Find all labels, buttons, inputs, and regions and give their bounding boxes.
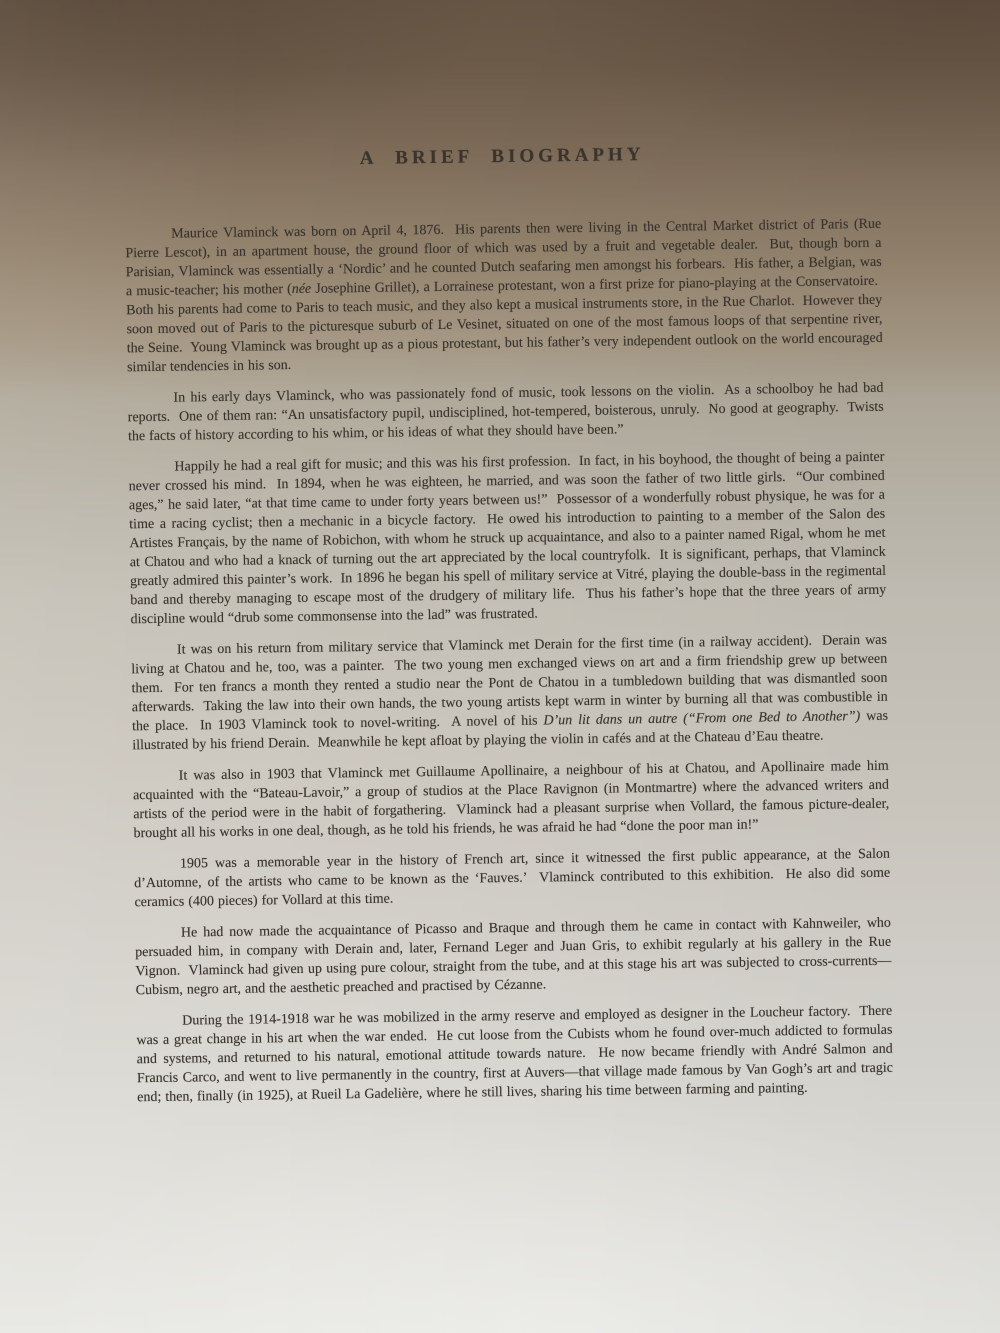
paragraph: It was on his return from military servi… xyxy=(131,631,889,756)
page-title: A BRIEF BIOGRAPHY xyxy=(124,141,880,174)
italic-run: née xyxy=(292,282,312,297)
paragraph: During the 1914-1918 war he was mobilize… xyxy=(136,1002,893,1108)
page-text-block: A BRIEF BIOGRAPHY Maurice Vlaminck was b… xyxy=(124,141,893,1107)
text-run: It was also in 1903 that Vlaminck met Gu… xyxy=(133,759,889,842)
text-run: In his early days Vlaminck, who was pass… xyxy=(128,381,884,445)
paragraph: It was also in 1903 that Vlaminck met Gu… xyxy=(133,757,890,844)
paragraph: He had now made the acquaintance of Pica… xyxy=(135,914,892,1001)
text-run: During the 1914-1918 war he was mobilize… xyxy=(136,1004,893,1106)
text-run: He had now made the acquaintance of Pica… xyxy=(135,916,891,999)
paragraph: Happily he had a real gift for music; an… xyxy=(128,448,886,630)
italic-run: D’un lit dans un autre (“From one Bed to… xyxy=(543,709,860,728)
paragraph: 1905 was a memorable year in the history… xyxy=(134,845,891,913)
paragraph: Maurice Vlaminck was born on April 4, 18… xyxy=(125,215,883,378)
paragraph: In his early days Vlaminck, who was pass… xyxy=(127,379,884,447)
book-page-photo: A BRIEF BIOGRAPHY Maurice Vlaminck was b… xyxy=(0,0,1000,1333)
text-run: 1905 was a memorable year in the history… xyxy=(134,847,890,911)
biography-text: Maurice Vlaminck was born on April 4, 18… xyxy=(125,215,893,1107)
text-run: Happily he had a real gift for music; an… xyxy=(129,450,887,628)
